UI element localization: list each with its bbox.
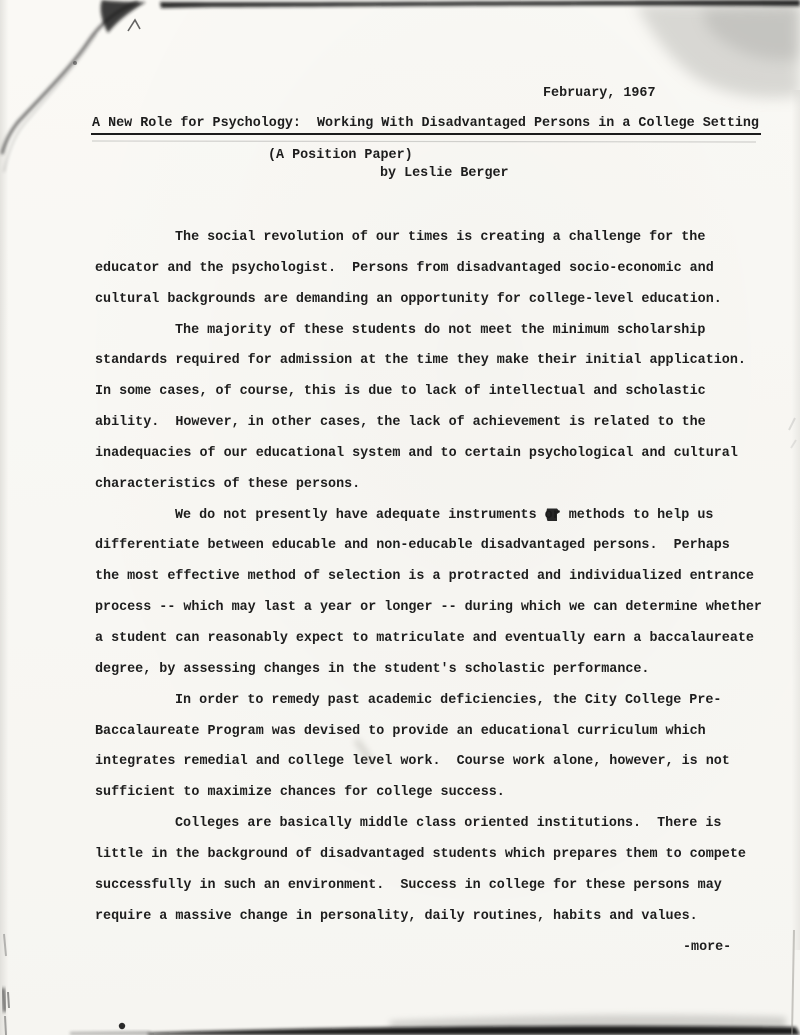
scan-edge-shadow-right [790,90,800,950]
edge-mark-right [789,418,795,430]
edge-mark-left [4,934,6,956]
body-line: successfully in such an environment. Suc… [95,871,785,902]
fold-smudge-top-right [636,2,800,98]
body-line: The majority of these students do not me… [95,316,785,347]
body-line: The social revolution of our times is cr… [95,223,785,254]
body-line: cultural backgrounds are demanding an op… [95,285,785,316]
edge-mark-left [3,988,5,1012]
document-date: February, 1967 [543,84,656,104]
body-line: inadequacies of our educational system a… [95,439,785,470]
ink-dot [119,1023,125,1029]
body-line: ability. However, in other cases, the la… [95,408,785,439]
more-continuation-marker: -more- [683,938,731,958]
body-line: characteristics of these persons. [95,470,785,501]
body-line: differentiate between educable and non-e… [95,531,785,562]
body-line: integrates remedial and college level wo… [95,747,785,778]
body-line: standards required for admission at the … [95,346,785,377]
scan-edge-bottom [148,1026,800,1035]
body-line: little in the background of disadvantage… [95,840,785,871]
document-subtitle: (A Position Paper) [268,146,413,166]
body-line: In order to remedy past academic deficie… [95,686,785,717]
edge-mark-left [5,1016,6,1035]
body-line: We do not presently have adequate instru… [95,501,785,532]
body-line: Baccalaureate Program was devised to pro… [95,717,785,748]
scan-edge-shadow-left [0,0,10,1035]
underline-echo [92,141,756,142]
body-line: In some cases, of course, this is due to… [95,377,785,408]
body-line: Colleges are basically middle class orie… [95,809,785,840]
fold-line-right [792,930,794,1035]
document-title: A New Role for Psychology: Working With … [93,114,761,134]
body-line: process -- which may last a year or long… [95,593,785,624]
document-byline: by Leslie Berger [380,164,509,184]
caret-mark [128,20,140,31]
scan-edge-top [160,0,800,8]
document-title-text: A New Role for Psychology: Working With … [91,116,761,135]
scan-band-gray [390,1015,786,1030]
body-line: sufficient to maximize chances for colle… [95,778,785,809]
body-line: a student can reasonably expect to matri… [95,624,785,655]
edge-mark-left [8,992,9,1008]
scanned-page: February, 1967 A New Role for Psychology… [0,0,800,1035]
body-line: educator and the psychologist. Persons f… [95,254,785,285]
document-body: The social revolution of our times is cr… [95,223,785,932]
body-line: require a massive change in personality,… [95,902,785,933]
body-line: the most effective method of selection i… [95,562,785,593]
body-line: degree, by assessing changes in the stud… [95,655,785,686]
ink-dot [73,61,77,65]
edge-mark-right [791,440,796,448]
